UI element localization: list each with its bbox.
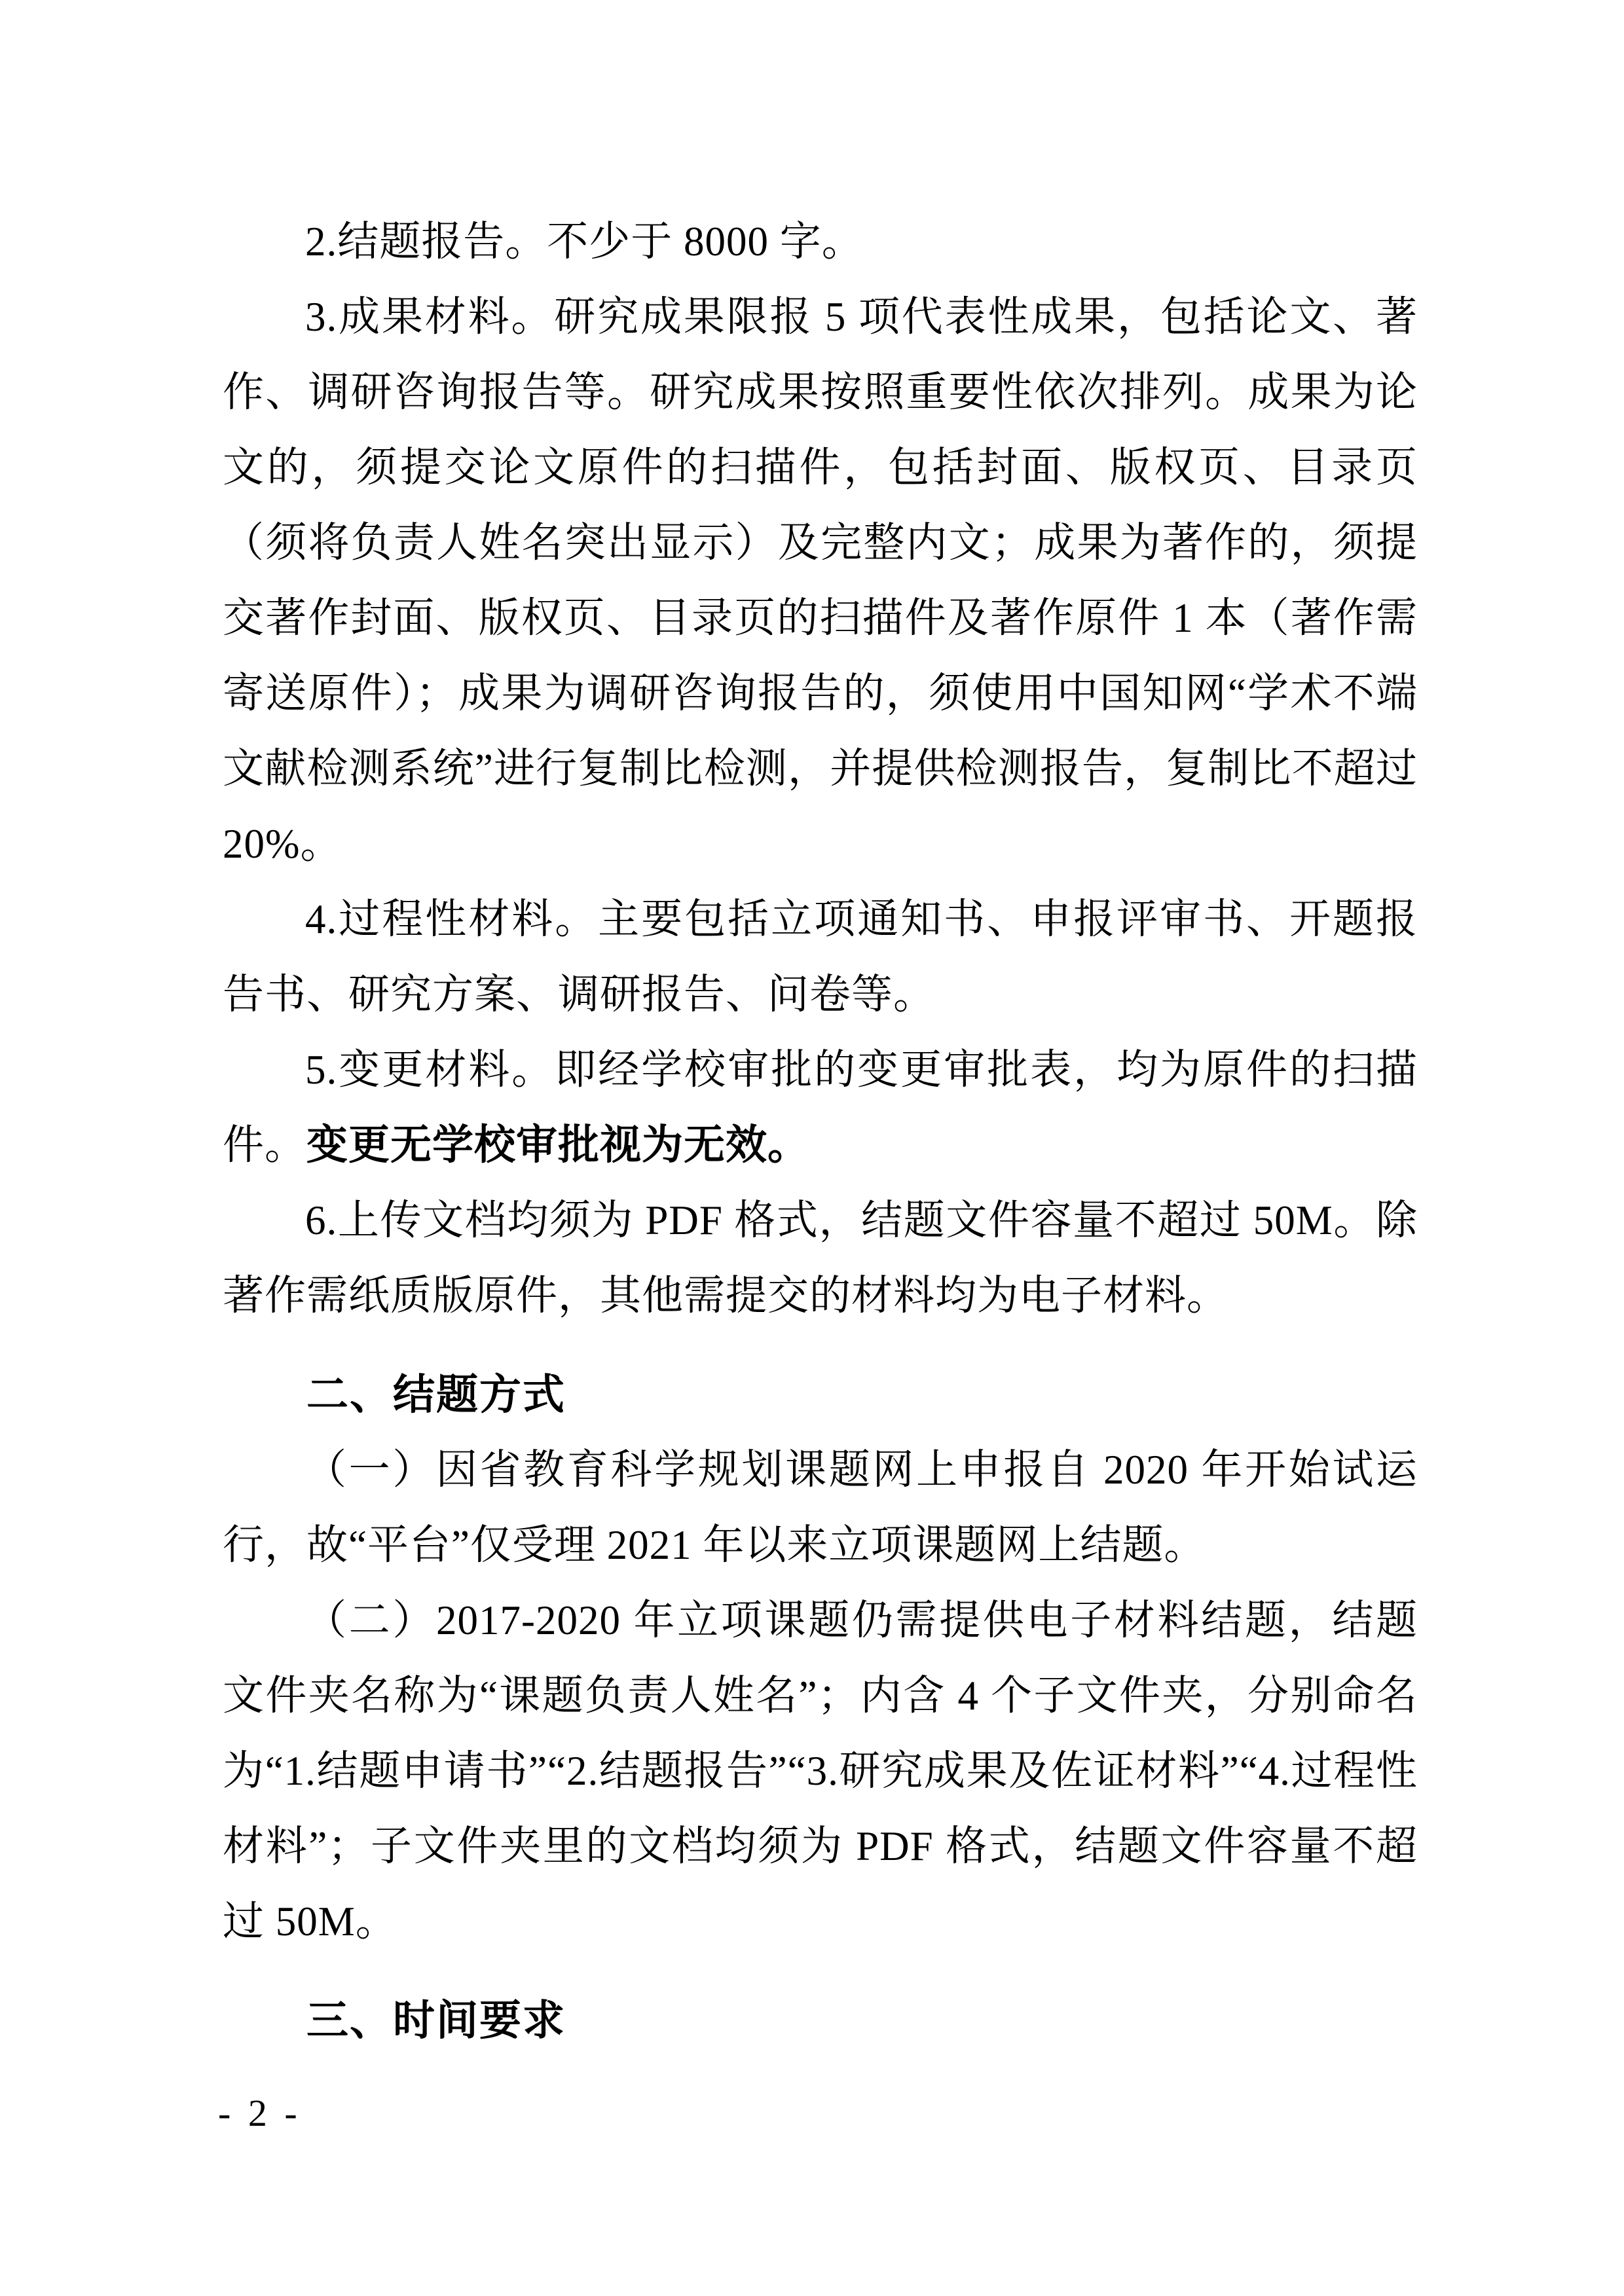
document-page: 2.结题报告。不少于 8000 字。 3.成果材料。研究成果限报 5 项代表性成… [0,0,1624,2296]
paragraph: （二）2017-2020 年立项课题仍需提供电子材料结题，结题文件夹名称为“课题… [223,1583,1418,1959]
paragraph: 2.结题报告。不少于 8000 字。 [223,204,1418,280]
paragraph: 4.过程性材料。主要包括立项通知书、申报评审书、开题报告书、研究方案、调研报告、… [223,882,1418,1032]
paragraph-bold-text: 变更无学校审批视为无效。 [306,1122,809,1168]
section-heading: 三、时间要求 [223,1983,1418,2058]
paragraph: 5.变更材料。即经学校审批的变更审批表，均为原件的扫描件。变更无学校审批视为无效… [223,1032,1418,1183]
paragraph: 6.上传文档均须为 PDF 格式，结题文件容量不超过 50M。除著作需纸质版原件… [223,1183,1418,1334]
page-number: - 2 - [218,2087,301,2140]
paragraph: 3.成果材料。研究成果限报 5 项代表性成果，包括论文、著作、调研咨询报告等。研… [223,280,1418,882]
document-body: 2.结题报告。不少于 8000 字。 3.成果材料。研究成果限报 5 项代表性成… [223,204,1418,2058]
paragraph: （一）因省教育科学规划课题网上申报自 2020 年开始试运行，故“平台”仅受理 … [223,1432,1418,1583]
section-heading: 二、结题方式 [223,1357,1418,1432]
